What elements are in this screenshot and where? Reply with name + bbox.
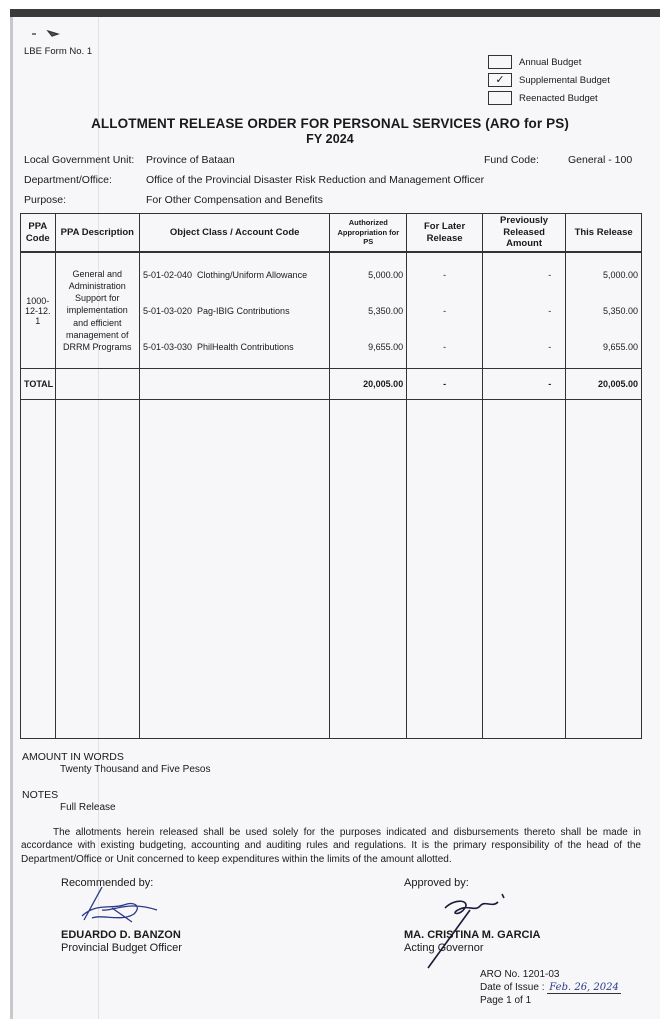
ppa-code-cell: 1000-12-12.1 — [21, 252, 56, 369]
purpose-label: Purpose: — [24, 194, 66, 206]
form-number: LBE Form No. 1 — [24, 46, 92, 57]
fund-code-value: General - 100 — [568, 154, 632, 166]
checkbox-annual[interactable] — [488, 55, 512, 69]
amount: - — [486, 270, 551, 280]
total-this-release: 20,005.00 — [566, 369, 642, 400]
budget-option-reenacted[interactable]: Reenacted Budget — [488, 91, 598, 105]
total-for-later: - — [407, 369, 483, 400]
budget-option-annual[interactable]: Annual Budget — [488, 55, 581, 69]
approved-by-title: Acting Governor — [404, 942, 483, 954]
lgu-value: Province of Bataan — [146, 154, 235, 166]
header-ppa-code: PPA Code — [21, 214, 56, 253]
department-value: Office of the Provincial Disaster Risk R… — [146, 174, 484, 186]
header-for-later: For Later Release — [407, 214, 483, 253]
lgu-label: Local Government Unit: — [24, 154, 134, 166]
account-cell: 5-01-02-040 Clothing/Uniform Allowance 5… — [139, 252, 329, 369]
budget-option-label: Annual Budget — [519, 57, 581, 68]
scan-left-edge — [10, 17, 13, 1019]
amount: - — [486, 342, 551, 352]
responsibility-statement: The allotments herein released shall be … — [21, 826, 641, 866]
total-authorized: 20,005.00 — [330, 369, 407, 400]
empty-cell — [139, 369, 329, 400]
date-of-issue-value: Feb. 26, 2024 — [547, 982, 621, 994]
notes-label: NOTES — [22, 789, 58, 801]
total-previously-released: - — [482, 369, 565, 400]
amount: - — [410, 270, 479, 280]
allotment-table: PPA Code PPA Description Object Class / … — [20, 213, 642, 739]
for-later-cell: - - - — [407, 252, 483, 369]
approved-by-label: Approved by: — [404, 877, 469, 889]
header-object-class: Object Class / Account Code — [139, 214, 329, 253]
header-this-release: This Release — [566, 214, 642, 253]
scan-mark-icon — [30, 28, 66, 38]
empty-cell — [55, 369, 139, 400]
amount: 5,000.00 — [569, 270, 638, 280]
total-row: TOTAL 20,005.00 - - 20,005.00 — [21, 369, 642, 400]
budget-option-label: Reenacted Budget — [519, 93, 598, 104]
amount: 5,000.00 — [333, 270, 403, 280]
this-release-cell: 5,000.00 5,350.00 9,655.00 — [566, 252, 642, 369]
authorized-cell: 5,000.00 5,350.00 9,655.00 — [330, 252, 407, 369]
checkbox-supplemental[interactable]: ✓ — [488, 73, 512, 87]
total-label: TOTAL — [21, 369, 56, 400]
table-row: 1000-12-12.1 General and Administration … — [21, 252, 642, 369]
checkbox-reenacted[interactable] — [488, 91, 512, 105]
ppa-description-cell: General and Administration Support for i… — [55, 252, 139, 369]
amount: 5,350.00 — [333, 306, 403, 316]
fund-code-label: Fund Code: — [484, 154, 539, 166]
page-number: Page 1 of 1 — [480, 994, 531, 1007]
date-of-issue-label: Date of Issue : — [480, 982, 544, 993]
date-of-issue: Date of Issue : Feb. 26, 2024 — [480, 981, 621, 994]
recommended-by-name: EDUARDO D. BANZON — [61, 929, 181, 941]
amount: - — [486, 306, 551, 316]
fiscal-year: FY 2024 — [0, 132, 660, 146]
recommended-by-title: Provincial Budget Officer — [61, 942, 182, 954]
document-title: ALLOTMENT RELEASE ORDER FOR PERSONAL SER… — [0, 116, 660, 131]
header-ppa-description: PPA Description — [55, 214, 139, 253]
scan-top-edge — [10, 9, 660, 17]
signature-banzon-icon — [72, 882, 162, 932]
amount: 9,655.00 — [569, 342, 638, 352]
amount: 9,655.00 — [333, 342, 403, 352]
approved-by-name: MA. CRISTINA M. GARCIA — [404, 929, 540, 941]
notes-value: Full Release — [60, 802, 116, 813]
budget-option-supplemental[interactable]: ✓ Supplemental Budget — [488, 73, 610, 87]
amount: - — [410, 342, 479, 352]
account-line: 5-01-03-030 PhilHealth Contributions — [143, 342, 326, 352]
amount-in-words-label: AMOUNT IN WORDS — [22, 751, 124, 763]
amount-in-words-value: Twenty Thousand and Five Pesos — [60, 764, 210, 775]
blank-row — [21, 400, 642, 739]
amount: - — [410, 306, 479, 316]
header-previously-released: Previously Released Amount — [482, 214, 565, 253]
amount: 5,350.00 — [569, 306, 638, 316]
account-line: 5-01-03-020 Pag-IBIG Contributions — [143, 306, 326, 316]
table-header-row: PPA Code PPA Description Object Class / … — [21, 214, 642, 253]
account-line: 5-01-02-040 Clothing/Uniform Allowance — [143, 270, 326, 280]
previously-released-cell: - - - — [482, 252, 565, 369]
header-authorized: Authorized Appropriation for PS — [330, 214, 407, 253]
budget-option-label: Supplemental Budget — [519, 75, 610, 86]
purpose-value: For Other Compensation and Benefits — [146, 194, 323, 206]
department-label: Department/Office: — [24, 174, 112, 186]
aro-number: ARO No. 1201-03 — [480, 968, 560, 981]
